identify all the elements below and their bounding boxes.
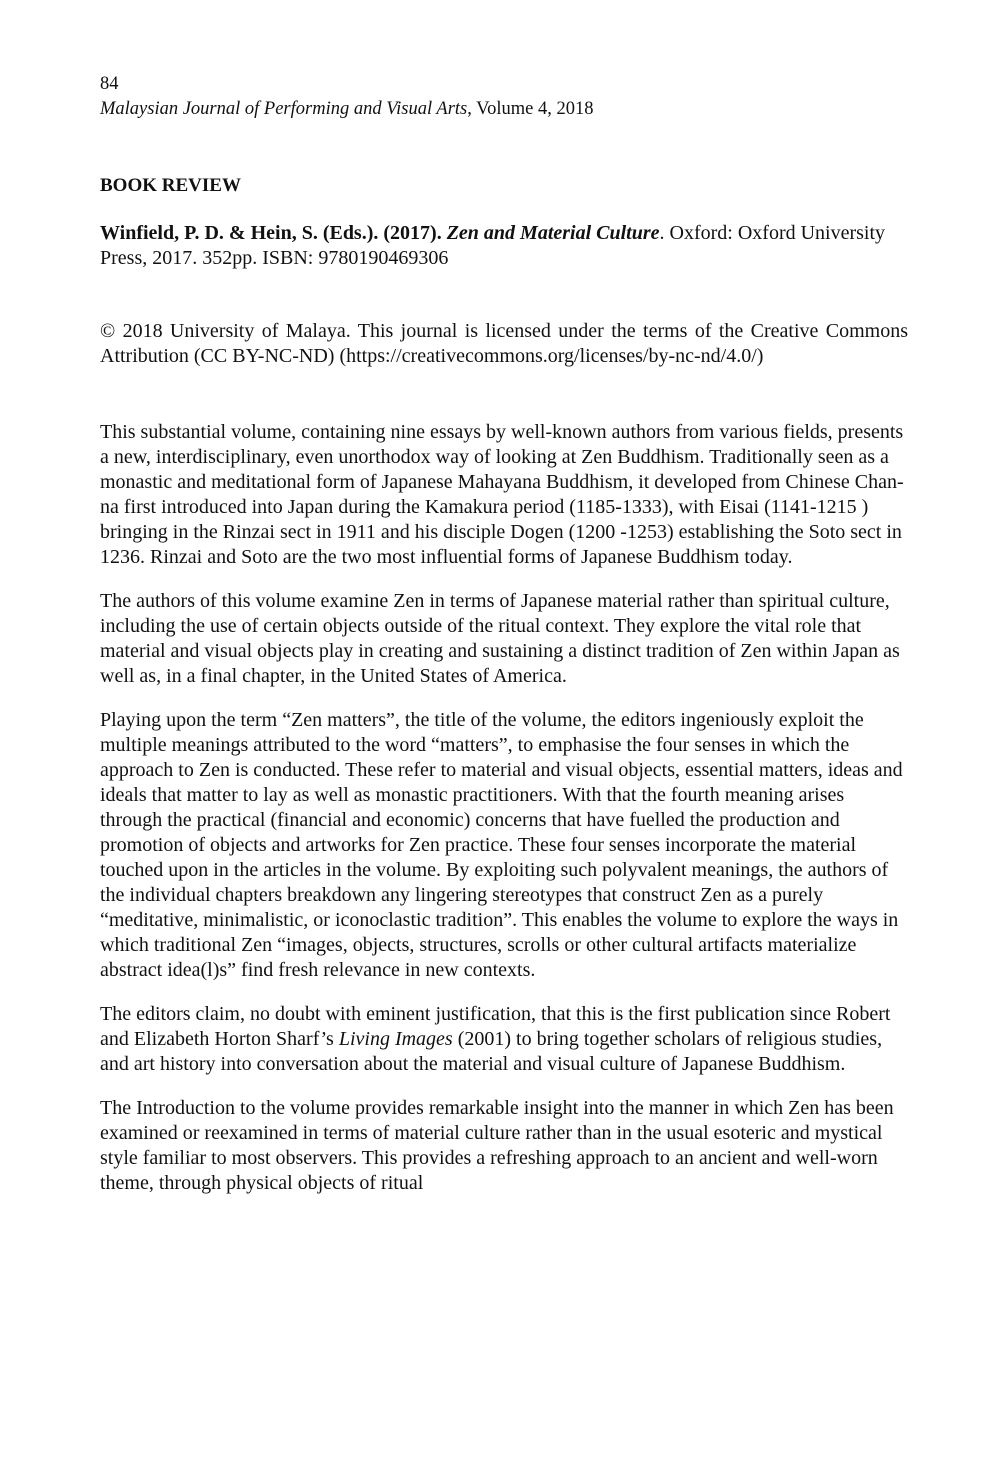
paragraph-4: The editors claim, no doubt with eminent…	[100, 1002, 908, 1077]
paragraph-1: This substantial volume, containing nine…	[100, 420, 908, 570]
running-header: Malaysian Journal of Performing and Visu…	[100, 97, 908, 122]
review-body: This substantial volume, containing nine…	[100, 420, 908, 1196]
paragraph-2: The authors of this volume examine Zen i…	[100, 589, 908, 689]
paragraph-5: The Introduction to the volume provides …	[100, 1096, 908, 1196]
document-page: 84 Malaysian Journal of Performing and V…	[100, 72, 908, 1215]
journal-title: Malaysian Journal of Performing and Visu…	[100, 99, 467, 119]
page-number: 84	[100, 72, 908, 97]
section-heading: BOOK REVIEW	[100, 173, 908, 198]
license-notice: © 2018 University of Malaya. This journa…	[100, 319, 908, 369]
journal-volume: , Volume 4, 2018	[467, 99, 593, 119]
paragraph-3: Playing upon the term “Zen matters”, the…	[100, 708, 908, 983]
citation-book-title: Zen and Material Culture	[447, 222, 660, 244]
book-citation: Winfield, P. D. & Hein, S. (Eds.). (2017…	[100, 221, 908, 271]
living-images-title: Living Images	[339, 1028, 453, 1050]
citation-authors: Winfield, P. D. & Hein, S. (Eds.). (2017…	[100, 222, 442, 244]
